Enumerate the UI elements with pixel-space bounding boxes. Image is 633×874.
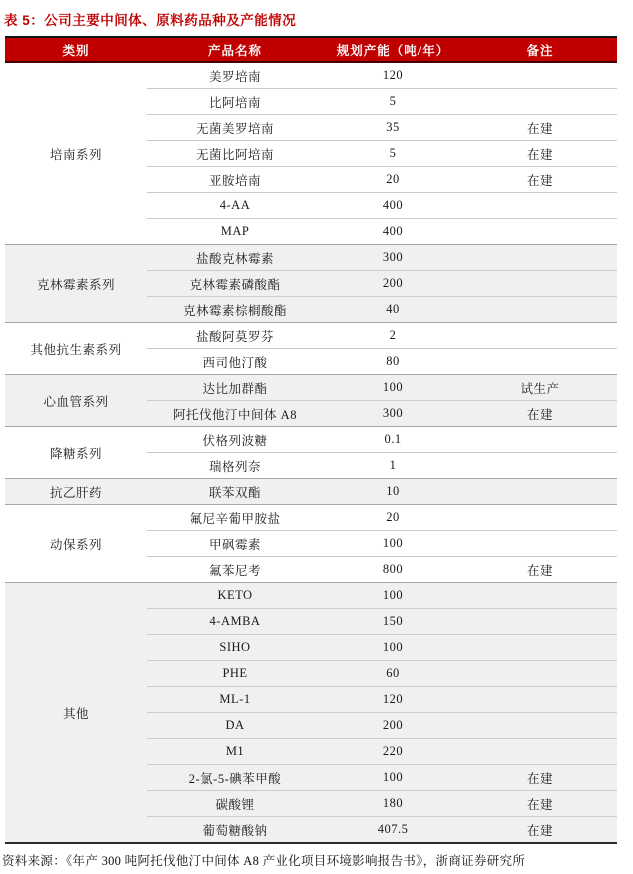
category-cell: 培南系列 — [5, 62, 147, 245]
product-name-cell: 无菌美罗培南 — [147, 115, 323, 141]
product-name-cell: 达比加群酯 — [147, 375, 323, 401]
header-row: 类别 产品名称 规划产能（吨/年） 备注 — [5, 37, 617, 62]
category-group: 降糖系列伏格列波糖0.1瑞格列奈1 — [5, 427, 617, 479]
category-cell: 降糖系列 — [5, 427, 147, 479]
note-cell — [463, 245, 617, 271]
category-cell: 动保系列 — [5, 505, 147, 583]
note-cell: 在建 — [463, 557, 617, 583]
capacity-cell: 300 — [323, 245, 463, 271]
product-name-cell: 甲砜霉素 — [147, 531, 323, 557]
product-name-cell: 4-AA — [147, 193, 323, 219]
capacity-cell: 100 — [323, 375, 463, 401]
note-cell: 在建 — [463, 167, 617, 193]
capacity-cell: 180 — [323, 791, 463, 817]
capacity-cell: 80 — [323, 349, 463, 375]
category-group: 动保系列氟尼辛葡甲胺盐20甲砜霉素100氟苯尼考800在建 — [5, 505, 617, 583]
report-page: 表 5：公司主要中间体、原料药品种及产能情况 类别 产品名称 规划产能（吨/年）… — [0, 0, 633, 874]
header-note: 备注 — [463, 37, 617, 62]
product-name-cell: 亚胺培南 — [147, 167, 323, 193]
table-row: 抗乙肝药联苯双酯10 — [5, 479, 617, 505]
note-cell — [463, 739, 617, 765]
capacity-table: 类别 产品名称 规划产能（吨/年） 备注 培南系列美罗培南120比阿培南5无菌美… — [5, 36, 617, 844]
category-cell: 其他抗生素系列 — [5, 323, 147, 375]
header-capacity: 规划产能（吨/年） — [323, 37, 463, 62]
table-title: 表 5：公司主要中间体、原料药品种及产能情况 — [0, 0, 633, 29]
product-name-cell: 阿托伐他汀中间体 A8 — [147, 401, 323, 427]
product-name-cell: SIHO — [147, 635, 323, 661]
capacity-cell: 35 — [323, 115, 463, 141]
category-group: 心血管系列达比加群酯100试生产阿托伐他汀中间体 A8300在建 — [5, 375, 617, 427]
note-cell — [463, 271, 617, 297]
capacity-cell: 120 — [323, 687, 463, 713]
product-name-cell: 伏格列波糖 — [147, 427, 323, 453]
note-cell — [463, 661, 617, 687]
note-cell — [463, 583, 617, 609]
capacity-cell: 1 — [323, 453, 463, 479]
capacity-cell: 200 — [323, 713, 463, 739]
product-name-cell: 盐酸阿莫罗芬 — [147, 323, 323, 349]
product-name-cell: 克林霉素棕榈酸酯 — [147, 297, 323, 323]
capacity-cell: 100 — [323, 583, 463, 609]
header-category: 类别 — [5, 37, 147, 62]
note-cell: 在建 — [463, 115, 617, 141]
table-row: 其他抗生素系列盐酸阿莫罗芬2 — [5, 323, 617, 349]
note-cell: 在建 — [463, 765, 617, 791]
capacity-cell: 800 — [323, 557, 463, 583]
table-header: 类别 产品名称 规划产能（吨/年） 备注 — [5, 37, 617, 62]
capacity-cell: 20 — [323, 505, 463, 531]
note-cell: 试生产 — [463, 375, 617, 401]
note-cell — [463, 219, 617, 245]
category-group: 其他KETO1004-AMBA150SIHO100PHE60ML-1120DA2… — [5, 583, 617, 844]
header-product: 产品名称 — [147, 37, 323, 62]
category-group: 克林霉素系列盐酸克林霉素300克林霉素磷酸酯200克林霉素棕榈酸酯40 — [5, 245, 617, 323]
category-cell: 心血管系列 — [5, 375, 147, 427]
note-cell — [463, 479, 617, 505]
product-name-cell: 美罗培南 — [147, 62, 323, 89]
table-row: 动保系列氟尼辛葡甲胺盐20 — [5, 505, 617, 531]
product-name-cell: ML-1 — [147, 687, 323, 713]
product-name-cell: 克林霉素磷酸酯 — [147, 271, 323, 297]
product-name-cell: MAP — [147, 219, 323, 245]
product-name-cell: 盐酸克林霉素 — [147, 245, 323, 271]
capacity-cell: 400 — [323, 219, 463, 245]
product-name-cell: 4-AMBA — [147, 609, 323, 635]
capacity-cell: 100 — [323, 765, 463, 791]
table-row: 培南系列美罗培南120 — [5, 62, 617, 89]
note-cell: 在建 — [463, 401, 617, 427]
capacity-cell: 100 — [323, 635, 463, 661]
note-cell — [463, 713, 617, 739]
product-name-cell: KETO — [147, 583, 323, 609]
note-cell — [463, 505, 617, 531]
note-cell — [463, 297, 617, 323]
capacity-cell: 0.1 — [323, 427, 463, 453]
note-cell — [463, 89, 617, 115]
capacity-cell: 60 — [323, 661, 463, 687]
product-name-cell: PHE — [147, 661, 323, 687]
product-name-cell: DA — [147, 713, 323, 739]
product-name-cell: 联苯双酯 — [147, 479, 323, 505]
product-name-cell: M1 — [147, 739, 323, 765]
table-row: 心血管系列达比加群酯100试生产 — [5, 375, 617, 401]
capacity-cell: 407.5 — [323, 817, 463, 844]
table-row: 降糖系列伏格列波糖0.1 — [5, 427, 617, 453]
capacity-cell: 40 — [323, 297, 463, 323]
product-name-cell: 比阿培南 — [147, 89, 323, 115]
category-cell: 克林霉素系列 — [5, 245, 147, 323]
capacity-cell: 100 — [323, 531, 463, 557]
capacity-cell: 220 — [323, 739, 463, 765]
product-name-cell: 西司他汀酸 — [147, 349, 323, 375]
product-name-cell: 氟尼辛葡甲胺盐 — [147, 505, 323, 531]
category-cell: 其他 — [5, 583, 147, 844]
table-row: 克林霉素系列盐酸克林霉素300 — [5, 245, 617, 271]
capacity-cell: 120 — [323, 62, 463, 89]
note-cell: 在建 — [463, 141, 617, 167]
note-cell — [463, 349, 617, 375]
note-cell — [463, 531, 617, 557]
category-group: 抗乙肝药联苯双酯10 — [5, 479, 617, 505]
note-cell — [463, 687, 617, 713]
capacity-cell: 150 — [323, 609, 463, 635]
capacity-cell: 20 — [323, 167, 463, 193]
product-name-cell: 碳酸锂 — [147, 791, 323, 817]
note-cell — [463, 609, 617, 635]
category-cell: 抗乙肝药 — [5, 479, 147, 505]
capacity-cell: 200 — [323, 271, 463, 297]
capacity-cell: 5 — [323, 89, 463, 115]
capacity-cell: 10 — [323, 479, 463, 505]
product-name-cell: 氟苯尼考 — [147, 557, 323, 583]
note-cell: 在建 — [463, 791, 617, 817]
capacity-cell: 2 — [323, 323, 463, 349]
note-cell — [463, 193, 617, 219]
capacity-cell: 5 — [323, 141, 463, 167]
note-cell — [463, 427, 617, 453]
note-cell — [463, 453, 617, 479]
product-name-cell: 无菌比阿培南 — [147, 141, 323, 167]
category-group: 其他抗生素系列盐酸阿莫罗芬2西司他汀酸80 — [5, 323, 617, 375]
note-cell: 在建 — [463, 817, 617, 844]
note-cell — [463, 635, 617, 661]
product-name-cell: 2-氯-5-碘苯甲酸 — [147, 765, 323, 791]
capacity-cell: 400 — [323, 193, 463, 219]
source-note: 资料来源：《年产 300 吨阿托伐他汀中间体 A8 产业化项目环境影响报告书》，… — [2, 851, 633, 869]
note-cell — [463, 62, 617, 89]
category-group: 培南系列美罗培南120比阿培南5无菌美罗培南35在建无菌比阿培南5在建亚胺培南2… — [5, 62, 617, 245]
product-name-cell: 瑞格列奈 — [147, 453, 323, 479]
table-row: 其他KETO100 — [5, 583, 617, 609]
note-cell — [463, 323, 617, 349]
capacity-cell: 300 — [323, 401, 463, 427]
product-name-cell: 葡萄糖酸钠 — [147, 817, 323, 844]
